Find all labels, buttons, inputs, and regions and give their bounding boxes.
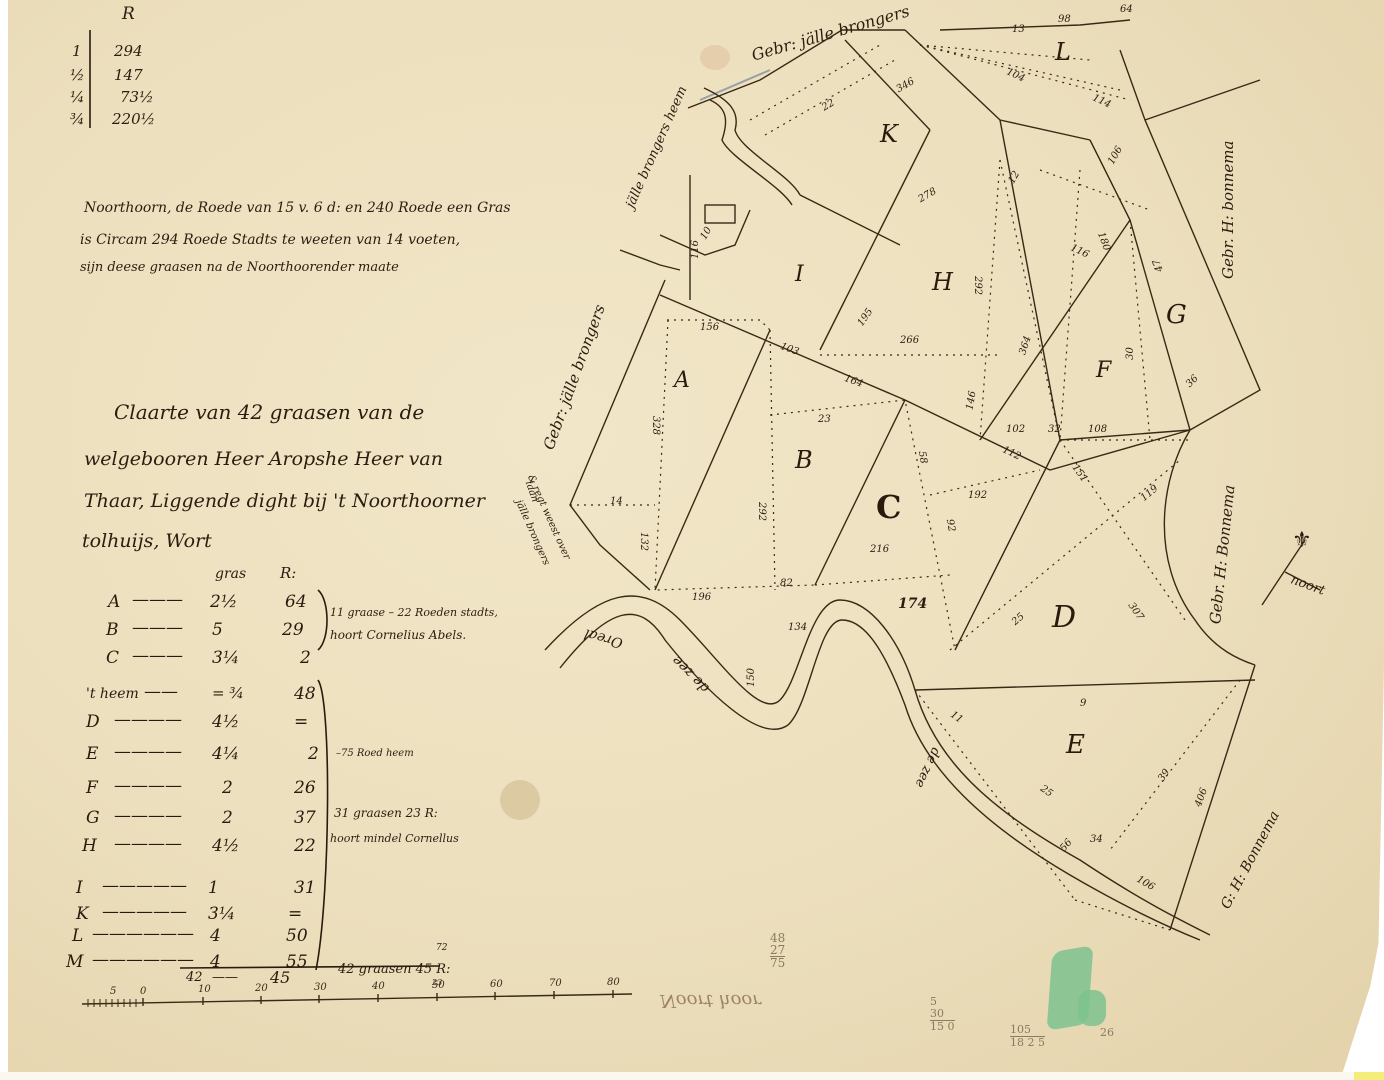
measurement-label: 292 — [972, 276, 983, 295]
scale-label: 50 — [432, 980, 445, 991]
parcel-letter: G — [86, 808, 100, 828]
parcel-letter-h: H — [932, 268, 953, 296]
value: 294 — [114, 42, 143, 60]
total-gras: 42 — [186, 970, 203, 985]
scale-label: 0 — [140, 986, 146, 997]
scale-label: 80 — [607, 977, 620, 988]
gras-value: 4 — [210, 926, 221, 946]
conversion-row: 1 294 — [72, 42, 82, 60]
roeden-value: 29 — [282, 620, 304, 640]
roeden-value: 2 — [300, 648, 311, 668]
pencil-sum: 105 18 2 5 — [1010, 1024, 1045, 1049]
grand-total-sup: 72 — [436, 943, 447, 953]
measurement-label: 92 — [944, 518, 957, 532]
parcel-letter-k: K — [880, 120, 898, 148]
gras-value: 4 — [210, 952, 221, 972]
fraction: ½ — [70, 66, 85, 84]
dash: —————— — [92, 924, 194, 944]
parcel-letter-i: I — [795, 262, 804, 287]
pencil-line: 15 0 — [930, 1020, 955, 1033]
fraction: ¾ — [70, 110, 85, 128]
gras-value: 2 — [222, 778, 233, 798]
gras-value: 2 — [222, 808, 233, 828]
scale-label: 20 — [255, 983, 268, 994]
scale-label: 5 — [110, 986, 116, 997]
parcel-letter-g: G — [1166, 300, 1187, 330]
conversion-table-header: R — [122, 4, 135, 24]
group2-owner: hoort mindel Cornellus — [330, 832, 459, 845]
gras-value: 1 — [208, 878, 219, 898]
dash: —— — [212, 970, 238, 985]
ledger-header-roeden: R: — [280, 564, 296, 582]
pencil-line: 30 — [930, 1008, 955, 1020]
group1-note: 11 graase – 22 Roeden stadts, — [330, 606, 498, 619]
measurement-label: 292 — [756, 502, 767, 521]
fraction: ¼ — [70, 88, 85, 106]
parcel-letter: E — [86, 744, 98, 764]
heem-side-note: –75 Roed heem — [336, 748, 414, 759]
scale-label: 60 — [490, 979, 503, 990]
parcel-letter: M — [66, 952, 83, 972]
fraction: 1 — [72, 42, 82, 60]
value: 220½ — [112, 110, 155, 128]
conversion-row: ¼ 73½ — [70, 88, 85, 106]
total-roeden: 45 — [270, 968, 290, 987]
parcel-letter-b: B — [795, 446, 813, 474]
pencil-sum: 26 — [1100, 1026, 1114, 1039]
parcel-letter-a: A — [674, 368, 690, 393]
measurement-label: 132 — [638, 532, 649, 551]
measurement-label: 150 — [746, 668, 757, 687]
gras-value: 3¼ — [212, 648, 239, 668]
group2-note: 31 graasen 23 R: — [334, 806, 438, 820]
measurement-label: 32 — [1048, 424, 1061, 435]
gras-value: 5 — [212, 620, 223, 640]
parcel-letter: D — [86, 712, 100, 732]
ledger-header-gras: gras — [215, 566, 246, 582]
pencil-line: 18 2 5 — [1010, 1036, 1045, 1049]
gras-value: 4½ — [212, 836, 239, 856]
title-line: welgebooren Heer Aropshe Heer van — [84, 448, 443, 470]
measurement-label: 134 — [788, 622, 807, 633]
parcel-letter-e: E — [1066, 730, 1085, 760]
measurement-label: 216 — [870, 544, 889, 555]
measurement-label: 192 — [968, 490, 987, 501]
conversion-row: ¾ 220½ — [70, 110, 85, 128]
roeden-value: = — [288, 904, 302, 924]
measurement-label: 156 — [700, 322, 719, 333]
pencil-line: 27 — [770, 944, 785, 956]
pencil-line: 105 — [1010, 1024, 1045, 1036]
group1-owner: hoort Cornelius Abels. — [330, 628, 466, 642]
roeden-value: 64 — [285, 592, 307, 612]
measurement-label: 13 — [1012, 24, 1025, 35]
gras-value: 4½ — [212, 712, 239, 732]
conversion-row: ½ 147 — [70, 66, 85, 84]
roeden-value: 31 — [294, 878, 316, 898]
parcel-letter-c: C — [876, 488, 901, 526]
note-line: is Circam 294 Roede Stadts te weeten van… — [80, 232, 460, 248]
parcel-letter: 't heem — [86, 686, 139, 702]
grand-total: 42 graasen 45 R: — [338, 962, 450, 977]
measurement-label: 98 — [1058, 14, 1071, 25]
pencil-sum: 48 27 75 — [770, 932, 785, 969]
scale-label: 30 — [314, 982, 327, 993]
title-line: Thaar, Liggende dight bij 't Noorthoorne… — [84, 490, 485, 512]
measurement-label: 34 — [1090, 834, 1103, 845]
parcel-letter: A — [108, 592, 120, 612]
dash: —————— — [92, 950, 194, 970]
note-line: sijn deese graasen na de Noorthoorender … — [80, 260, 399, 275]
value: 73½ — [120, 88, 154, 106]
scale-label: 40 — [372, 981, 385, 992]
gras-value: = ¾ — [212, 684, 244, 702]
parcel-letter-l: L — [1055, 38, 1071, 66]
parcel-letter-d: D — [1052, 600, 1076, 635]
note-line: Noorthoorn, de Roede van 15 v. 6 d: en 2… — [84, 200, 511, 216]
dash: ——— — [132, 646, 183, 666]
measurement-label: 23 — [818, 414, 831, 425]
reversed-ink-text: Noort hoor — [660, 990, 761, 1011]
pencil-sum: 5 30 15 0 — [930, 996, 955, 1033]
gras-value: 3¼ — [208, 904, 235, 924]
measurement-label: 102 — [1006, 424, 1025, 435]
dash: ————— — [102, 902, 187, 922]
measurement-label: 328 — [650, 416, 661, 435]
measurement-label: 9 — [1080, 698, 1086, 709]
roeden-value: 48 — [294, 684, 316, 704]
title-line: Claarte van 42 graasen van de — [114, 400, 424, 424]
parcel-letter: F — [86, 778, 98, 798]
measurement-label: 14 — [610, 496, 623, 507]
title-line: tolhuijs, Wort — [82, 530, 212, 552]
measurement-label: 116 — [690, 240, 701, 259]
measurement-label: 108 — [1088, 424, 1107, 435]
dash: ——— — [132, 618, 183, 638]
measurement-label: 266 — [900, 335, 919, 346]
north-arrow-icon: ⚜ — [1292, 528, 1312, 553]
owner-label: Gebr. H: bonnema — [1219, 141, 1237, 279]
parcel-letter: L — [72, 926, 83, 946]
roeden-value: 37 — [294, 808, 316, 828]
measurement-label: 82 — [780, 578, 793, 589]
dash: ————— — [102, 876, 187, 896]
parcel-letter: I — [76, 878, 83, 898]
parcel-letter: C — [106, 648, 119, 668]
dash: ———— — [114, 806, 182, 826]
parcel-letter-f: F — [1096, 358, 1111, 383]
measurement-label: 58 — [916, 450, 929, 464]
dash: ———— — [114, 776, 182, 796]
dash: ———— — [114, 742, 182, 762]
measurement-label: 64 — [1120, 4, 1133, 15]
parcel-letter: H — [82, 836, 97, 856]
scale-label: 70 — [549, 978, 562, 989]
pencil-line: 75 — [770, 956, 785, 969]
parcel-letter: K — [76, 904, 89, 924]
dash: ——— — [132, 590, 183, 610]
dash: ———— — [114, 710, 182, 730]
dash: ———— — [114, 834, 182, 854]
roeden-value: 26 — [294, 778, 316, 798]
value: 147 — [114, 66, 143, 84]
roeden-value: 50 — [286, 926, 308, 946]
roeden-value: 2 — [308, 744, 319, 764]
scale-label: 10 — [198, 984, 211, 995]
gras-value: 2½ — [210, 592, 237, 612]
measurement-label: 196 — [692, 592, 711, 603]
roeden-value: 22 — [294, 836, 316, 856]
roeden-value: = — [294, 712, 308, 732]
dash: —— — [144, 682, 178, 702]
measurement-label: 174 — [898, 596, 927, 612]
measurement-label: 30 — [1125, 347, 1136, 360]
parcel-letter: B — [106, 620, 119, 640]
gras-value: 4¼ — [212, 744, 239, 764]
